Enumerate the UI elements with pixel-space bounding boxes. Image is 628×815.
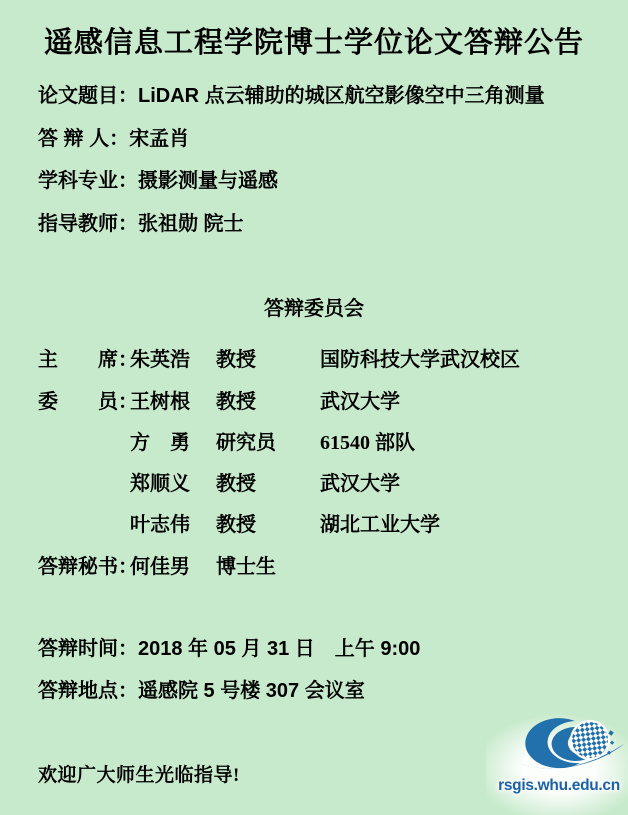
info-label: 论文题目： bbox=[38, 85, 138, 107]
role-label: 答辩秘书： bbox=[38, 555, 138, 579]
member-title: 博士生 bbox=[216, 555, 276, 579]
member-name: 方 勇 bbox=[130, 431, 190, 455]
member-affiliation: 61540 部队 bbox=[320, 431, 415, 455]
info-row-advisor: 指导教师：张祖勋 院士 bbox=[38, 212, 244, 236]
info-row-thesis-title: 论文题目：LiDAR 点云辅助的城区航空影像空中三角测量 bbox=[38, 84, 545, 108]
committee-row: 叶志伟 教授 湖北工业大学 bbox=[38, 513, 620, 539]
role-label: 主 席： bbox=[38, 348, 138, 372]
committee-row: 答辩秘书： 何佳男 博士生 bbox=[38, 555, 620, 581]
info-value: 张祖勋 院士 bbox=[138, 213, 244, 235]
committee-row: 方 勇 研究员 61540 部队 bbox=[38, 431, 620, 457]
member-name: 叶志伟 bbox=[130, 513, 190, 537]
globe-pixel bbox=[610, 741, 614, 745]
schedule-label: 答辩时间： bbox=[38, 638, 138, 660]
member-name: 何佳男 bbox=[130, 555, 190, 579]
logo-url-text: rsgis.whu.edu.cn bbox=[492, 777, 626, 795]
info-row-candidate: 答 辩 人：宋孟肖 bbox=[38, 127, 189, 151]
role-label: 委 员： bbox=[38, 390, 138, 414]
info-label: 指导教师： bbox=[38, 213, 138, 235]
page-title: 遥感信息工程学院博士学位论文答辩公告 bbox=[0, 20, 628, 61]
committee-heading: 答辩委员会 bbox=[0, 292, 628, 321]
member-name: 朱英浩 bbox=[130, 348, 190, 372]
schedule-value: 遥感院 5 号楼 307 会议室 bbox=[138, 680, 365, 702]
member-title: 教授 bbox=[216, 513, 256, 537]
member-title: 研究员 bbox=[216, 431, 276, 455]
info-row-major: 学科专业：摄影测量与遥感 bbox=[38, 169, 278, 193]
info-value: LiDAR 点云辅助的城区航空影像空中三角测量 bbox=[138, 85, 545, 107]
member-name: 郑顺义 bbox=[130, 472, 190, 496]
info-value: 宋孟肖 bbox=[129, 128, 189, 150]
info-label: 学科专业： bbox=[38, 170, 138, 192]
globe-icon bbox=[572, 722, 608, 758]
defense-time-row: 答辩时间：2018 年 05 月 31 日 上午 9:00 bbox=[38, 637, 420, 661]
schedule-label: 答辩地点： bbox=[38, 680, 138, 702]
committee-row: 郑顺义 教授 武汉大学 bbox=[38, 472, 620, 498]
member-affiliation: 武汉大学 bbox=[320, 472, 400, 496]
announcement-page: 遥感信息工程学院博士学位论文答辩公告 论文题目：LiDAR 点云辅助的城区航空影… bbox=[0, 0, 628, 815]
info-value: 摄影测量与遥感 bbox=[138, 170, 278, 192]
member-title: 教授 bbox=[216, 390, 256, 414]
member-title: 教授 bbox=[216, 472, 256, 496]
member-title: 教授 bbox=[216, 348, 256, 372]
info-label: 答 辩 人： bbox=[38, 128, 129, 150]
member-affiliation: 湖北工业大学 bbox=[320, 513, 440, 537]
welcome-message: 欢迎广大师生光临指导! bbox=[38, 760, 240, 787]
committee-row: 委 员： 王树根 教授 武汉大学 bbox=[38, 390, 620, 416]
defense-location-row: 答辩地点：遥感院 5 号楼 307 会议室 bbox=[38, 679, 365, 703]
member-affiliation: 武汉大学 bbox=[320, 390, 400, 414]
member-name: 王树根 bbox=[130, 390, 190, 414]
rsgis-logo: rsgis.whu.edu.cn bbox=[492, 714, 626, 812]
committee-row: 主 席： 朱英浩 教授 国防科技大学武汉校区 bbox=[38, 348, 620, 374]
rsgis-globe-swoosh-icon bbox=[492, 714, 626, 780]
member-affiliation: 国防科技大学武汉校区 bbox=[320, 348, 520, 372]
schedule-value: 2018 年 05 月 31 日 上午 9:00 bbox=[138, 638, 420, 660]
